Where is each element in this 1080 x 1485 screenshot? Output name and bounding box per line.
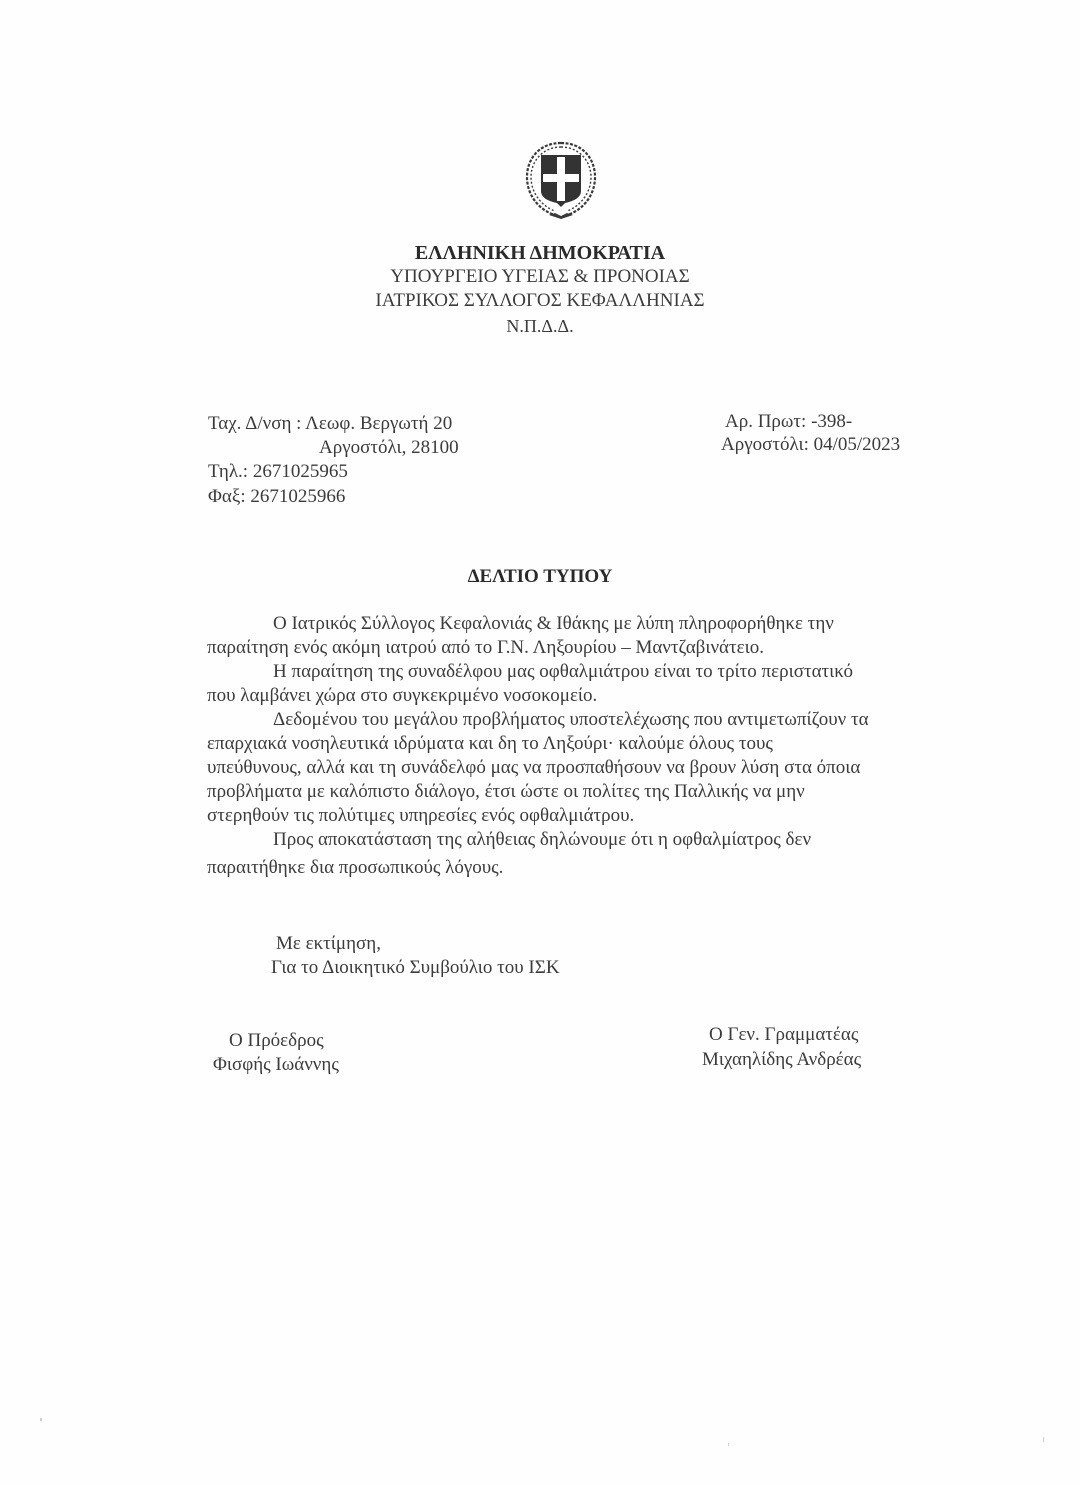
protocol-number: Αρ. Πρωτ: -398-: [725, 411, 852, 433]
scan-speck: [1043, 1437, 1044, 1442]
header-country: ΕΛΛΗΝΙΚΗ ΔΗΜΟΚΡΑΤΙΑ: [0, 242, 1080, 264]
body-line: προβλήματα με καλόπιστο διάλογο, έτσι ώσ…: [207, 781, 805, 803]
header-legal-form: Ν.Π.Δ.Δ.: [0, 315, 1080, 337]
greek-coat-of-arms-icon: [521, 137, 601, 221]
signature-right-title: Ο Γεν. Γραμματέας: [709, 1024, 858, 1046]
sender-phone: Τηλ.: 2671025965: [208, 461, 348, 483]
body-line: που λαμβάνει χώρα στο συγκεκριμένο νοσοκ…: [207, 685, 597, 707]
place-date: Αργοστόλι: 04/05/2023: [721, 434, 900, 456]
body-line: υπεύθυνους, αλλά και τη συνάδελφό μας να…: [207, 757, 860, 779]
sender-address-line1: Ταχ. Δ/νση : Λεωφ. Βεργωτή 20: [208, 413, 452, 435]
body-line: Δεδομένου του μεγάλου προβλήματος υποστε…: [273, 709, 869, 731]
body-line: στερηθούν τις πολύτιμες υπηρεσίες ενός ο…: [207, 805, 634, 827]
body-line: παραίτηση ενός ακόμη ιατρού από το Γ.Ν. …: [207, 637, 764, 659]
body-line: Προς αποκατάσταση της αλήθειας δηλώνουμε…: [273, 829, 811, 851]
body-line: Ο Ιατρικός Σύλλογος Κεφαλονιάς & Ιθάκης …: [273, 613, 834, 635]
signature-left-title: Ο Πρόεδρος: [229, 1030, 324, 1052]
scan-speck: [728, 1443, 729, 1446]
body-line: επαρχιακά νοσηλευτικά ιδρύματα και δη το…: [207, 733, 773, 755]
header-association: ΙΑΤΡΙΚΟΣ ΣΥΛΛΟΓΟΣ ΚΕΦΑΛΛΗΝΙΑΣ: [0, 290, 1080, 312]
header-ministry: ΥΠΟΥΡΓΕΙΟ ΥΓΕΙΑΣ & ΠΡΟΝΟΙΑΣ: [0, 266, 1080, 288]
body-line: Η παραίτηση της συναδέλφου μας οφθαλμιάτ…: [273, 661, 853, 683]
document-page: ΕΛΛΗΝΙΚΗ ΔΗΜΟΚΡΑΤΙΑ ΥΠΟΥΡΓΕΙΟ ΥΓΕΙΑΣ & Π…: [0, 0, 1080, 1485]
closing-salutation: Με εκτίμηση,: [276, 933, 381, 955]
closing-on-behalf: Για το Διοικητικό Συμβούλιο του ΙΣΚ: [271, 957, 560, 979]
sender-address-line2: Αργοστόλι, 28100: [319, 437, 459, 459]
scan-speck: [40, 1418, 42, 1421]
body-line: παραιτήθηκε δια προσωπικούς λόγους.: [207, 857, 503, 879]
signature-left-name: Φισφής Ιωάννης: [213, 1054, 339, 1076]
document-title: ΔΕΛΤΙΟ ΤΥΠΟΥ: [0, 566, 1080, 588]
signature-right-name: Μιχαηλίδης Ανδρέας: [702, 1049, 861, 1071]
sender-fax: Φαξ: 2671025966: [208, 486, 345, 508]
